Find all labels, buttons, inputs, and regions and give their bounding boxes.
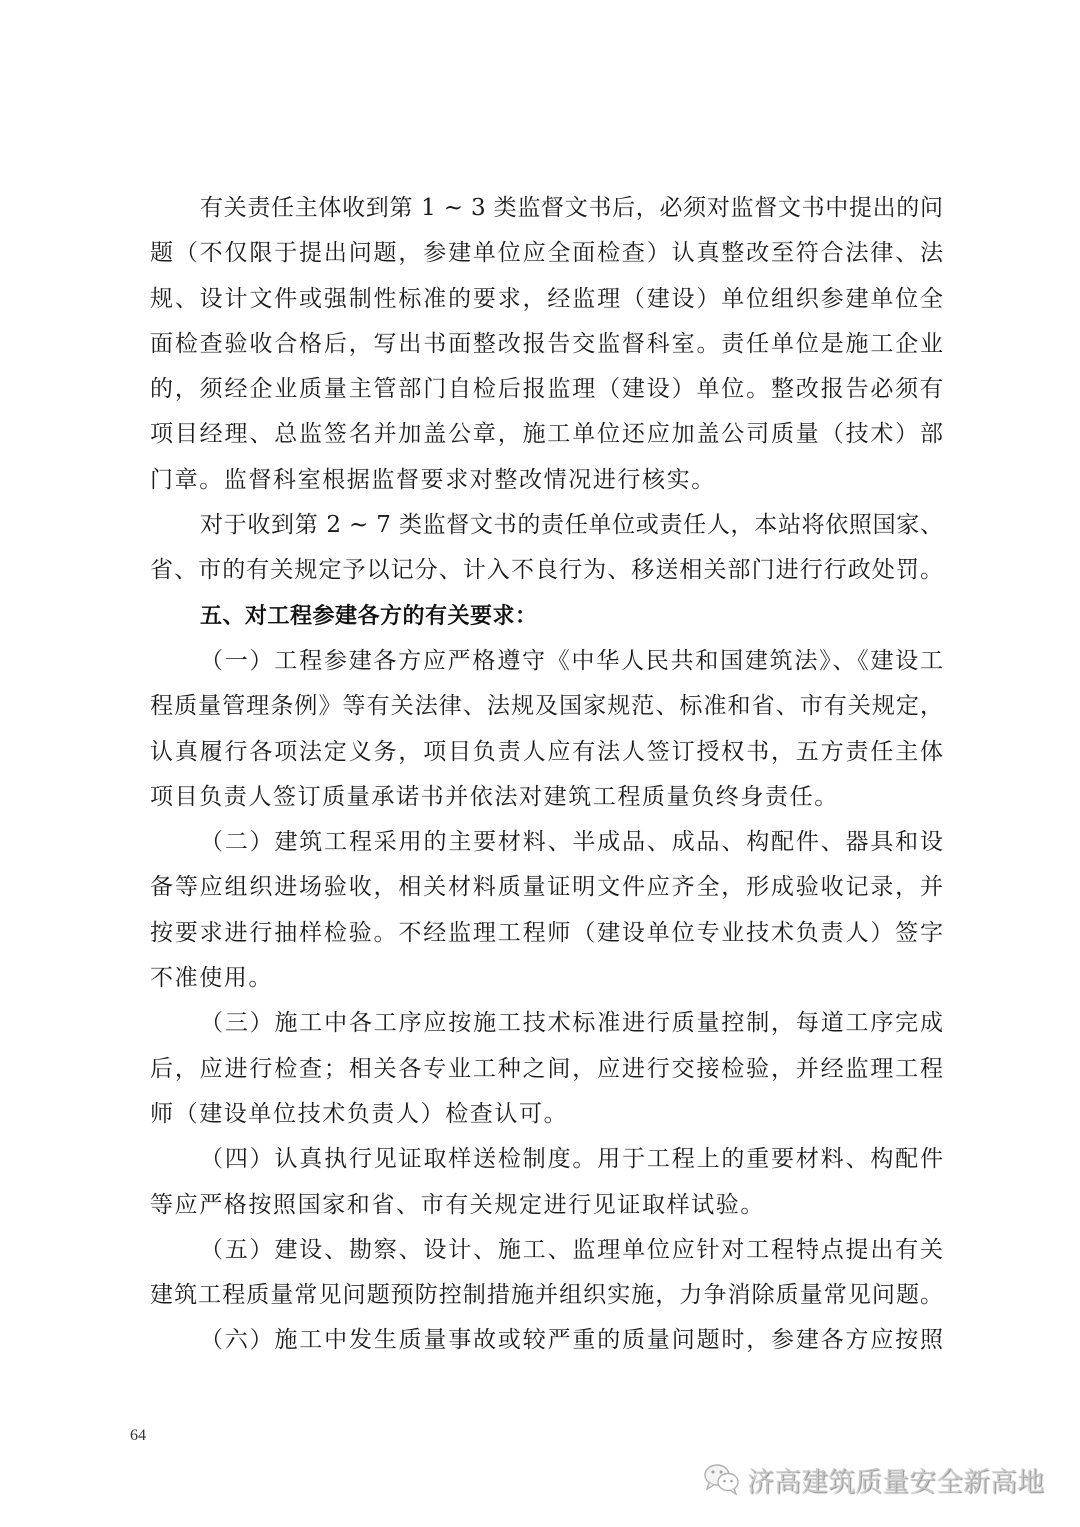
text-line: 项目经理、总监签名并加盖公章，施工单位还应加盖公司质量（技术）部 [150,412,943,457]
text-line: 项目负责人签订质量承诺书并依法对建筑工程质量负终身责任。 [150,775,943,820]
text-line: （五）建设、勘察、设计、施工、监理单位应针对工程特点提出有关 [150,1228,943,1273]
text-line: 程质量管理条例》等有关法律、法规及国家规范、标准和省、市有关规定， [150,684,943,729]
text-line: 师（建设单位技术负责人）检查认可。 [150,1092,943,1137]
text-line: （一）工程参建各方应严格遵守《中华人民共和国建筑法》、《建设工 [150,639,943,684]
watermark: 济高建筑质量安全新高地 [703,1459,1044,1499]
watermark-text: 济高建筑质量安全新高地 [747,1460,1044,1499]
text-line: 对于收到第 2 ~ 7 类监督文书的责任单位或责任人，本站将依照国家、 [150,503,943,548]
document-page: 有关责任主体收到第 1 ~ 3 类监督文书后，必须对监督文书中提出的问题（不仅限… [0,0,1080,1527]
text-line: （四）认真执行见证取样送检制度。用于工程上的重要材料、构配件 [150,1137,943,1182]
page-number: 64 [130,1427,146,1445]
text-line: 不准使用。 [150,956,943,1001]
text-line: 后，应进行检查；相关各专业工种之间，应进行交接检验，并经监理工程 [150,1047,943,1092]
text-line: 规、设计文件或强制性标准的要求，经监理（建设）单位组织参建单位全 [150,277,943,322]
text-line: 有关责任主体收到第 1 ~ 3 类监督文书后，必须对监督文书中提出的问 [150,186,943,231]
text-line: 备等应组织进场验收，相关材料质量证明文件应齐全，形成验收记录，并 [150,865,943,910]
wechat-icon [703,1462,741,1496]
text-line: （三）施工中各工序应按施工技术标准进行质量控制，每道工序完成 [150,1001,943,1046]
text-line: （六）施工中发生质量事故或较严重的质量问题时，参建各方应按照 [150,1318,943,1363]
text-line: 等应严格按照国家和省、市有关规定进行见证取样试验。 [150,1183,943,1228]
section-heading: 五、对工程参建各方的有关要求： [150,594,943,639]
text-line: 建筑工程质量常见问题预防控制措施并组织实施，力争消除质量常见问题。 [150,1273,943,1318]
text-line: （二）建筑工程采用的主要材料、半成品、成品、构配件、器具和设 [150,820,943,865]
text-line: 按要求进行抽样检验。不经监理工程师（建设单位专业技术负责人）签字 [150,911,943,956]
text-line: 认真履行各项法定义务，项目负责人应有法人签订授权书，五方责任主体 [150,730,943,775]
text-line: 门章。监督科室根据监督要求对整改情况进行核实。 [150,458,943,503]
text-line: 省、市的有关规定予以记分、计入不良行为、移送相关部门进行行政处罚。 [150,548,943,593]
body-text: 有关责任主体收到第 1 ~ 3 类监督文书后，必须对监督文书中提出的问题（不仅限… [150,186,943,1364]
text-line: 题（不仅限于提出问题，参建单位应全面检查）认真整改至符合法律、法 [150,231,943,276]
text-line: 面检查验收合格后，写出书面整改报告交监督科室。责任单位是施工企业 [150,322,943,367]
text-line: 的，须经企业质量主管部门自检后报监理（建设）单位。整改报告必须有 [150,367,943,412]
